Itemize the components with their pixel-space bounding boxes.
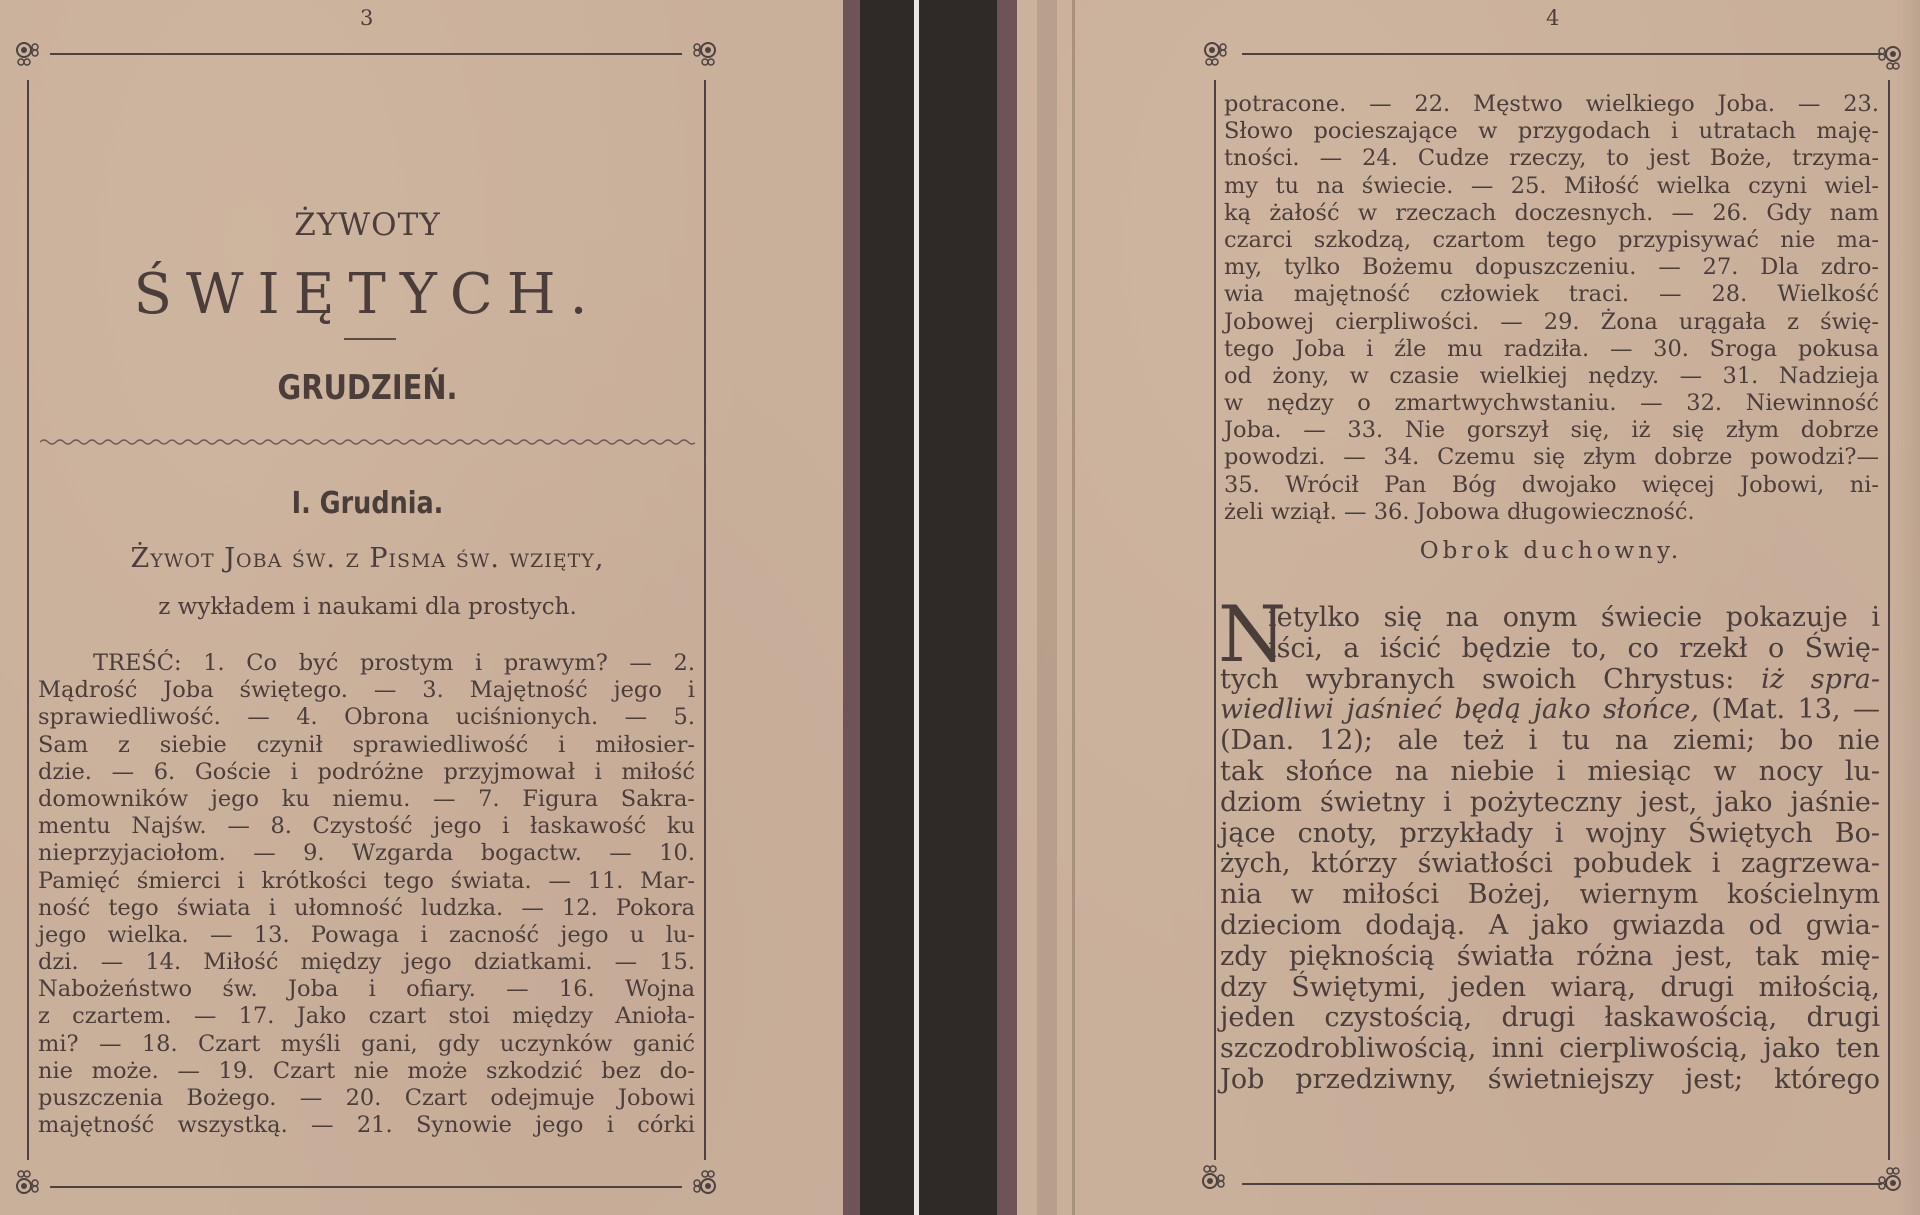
- book-title-small: ŻYWOTY: [0, 207, 735, 243]
- corner-ornament-icon: [1200, 1155, 1230, 1191]
- contents-text-continued: potracone. — 22. Męstwo wielkiego Joba. …: [1224, 91, 1879, 526]
- day-heading: I. Grudnia.: [55, 486, 680, 521]
- corner-ornament-icon: [14, 1160, 44, 1196]
- text-line: ność tego świata i ułomność ludzka. — 12…: [38, 895, 695, 922]
- text-line: potracone. — 22. Męstwo wielkiego Joba. …: [1224, 91, 1879, 118]
- text-line: Sam z siebie czynił sprawiedliwość i mił…: [38, 732, 695, 759]
- month-heading: GRUDZIEŃ.: [55, 368, 680, 408]
- text-line: Jobowej cierpliwości. — 29. Żona urągała…: [1224, 309, 1879, 336]
- text-line: jego wielka. — 13. Powaga i zacność jego…: [38, 922, 695, 949]
- text-line: dzieciom dodają. A jako gwiazda od gwia-: [1220, 911, 1880, 942]
- italic-quote: iż spra-: [1761, 664, 1880, 695]
- text-line: Joba. — 33. Nie gorszył się, iż się złym…: [1224, 417, 1879, 444]
- text-line: domowników jego ku niemu. — 7. Figura Sa…: [38, 786, 695, 813]
- left-page: 3 ŻYWOTY ŚWIĘTYCH. GRUDZIEŃ. I. Grudnia.…: [0, 0, 843, 1215]
- text-line: tności. — 24. Cudze rzeczy, to jest Boże…: [1224, 145, 1879, 172]
- title-rule: [344, 338, 396, 340]
- text-line: my tu na świecie. — 25. Miłość wielka cz…: [1224, 173, 1879, 200]
- text-line: od żony, w czasie wielkiej nędzy. — 31. …: [1224, 363, 1879, 390]
- text-line: żych, którzy światłości pobudek i zagrze…: [1220, 849, 1880, 880]
- page-number: 4: [1546, 6, 1559, 30]
- text-line: nieprzyjaciołom. — 9. Wzgarda bogactw. —…: [38, 840, 695, 867]
- corner-ornament-icon: [688, 1160, 718, 1196]
- text-line: ietylko się na onym świecie pokazuje i: [1220, 603, 1880, 634]
- text-line: powodzi. — 34. Czemu się złym dobrze pow…: [1224, 444, 1879, 471]
- corner-ornament-icon: [1873, 44, 1903, 80]
- text-line: dzi. — 14. Miłość między jego dziatkami.…: [38, 949, 695, 976]
- wavy-divider: [40, 438, 695, 446]
- text-line: jące cnoty, przykłady i wojny Świętych B…: [1220, 819, 1880, 850]
- text-line: puszczenia Bożego. — 20. Czart odejmuje …: [38, 1085, 695, 1112]
- book-gutter: [843, 0, 1017, 1215]
- text-line: nie może. — 19. Czart nie może szkodzić …: [38, 1058, 695, 1085]
- life-title: Żywot Joba św. z Pisma św. wzięty,: [0, 543, 735, 574]
- text-line: Nabożeństwo św. Joba i ofiary. — 16. Woj…: [38, 976, 695, 1003]
- page-number: 3: [360, 6, 373, 30]
- book-title-large: ŚWIĘTYCH.: [0, 262, 735, 327]
- text-line: dzie. — 6. Goście i podróżne przyjmował …: [38, 759, 695, 786]
- text-line: iści, a iścić będzie to, co rzekł o Świę…: [1220, 634, 1880, 665]
- text-line: tak słońce na niebie i miesiąc w nocy lu…: [1220, 757, 1880, 788]
- contents-text: TREŚĆ: 1. Co być prostym i prawym? — 2. …: [38, 650, 695, 1139]
- text-line: wiedliwi jaśnieć będą jako słońce, (Mat.…: [1220, 695, 1880, 726]
- text-line: wia majętność człowiek traci. — 28. Wiel…: [1224, 281, 1879, 308]
- text-line: tych wybranych swoich Chrystus: iż spra-: [1220, 665, 1880, 696]
- text-line: (Dan. 12); ale też i tu na ziemi; bo nie: [1220, 726, 1880, 757]
- scan-split-line: [914, 0, 919, 1215]
- corner-ornament-icon: [1202, 40, 1232, 76]
- text-line: czarci szkodzą, czartom tego przypisywać…: [1224, 227, 1879, 254]
- gutter-edge-left: [843, 0, 860, 1215]
- text-line: tego Joba i źle mu radziła. — 30. Sroga …: [1224, 336, 1879, 363]
- text-line: w nędzy o zmartwychwstaniu. — 32. Niewin…: [1224, 390, 1879, 417]
- text-line: TREŚĆ: 1. Co być prostym i prawym? — 2.: [38, 650, 695, 677]
- gutter-edge-right: [997, 0, 1017, 1215]
- text-line: szczodrobliwością, inni cierpliwością, j…: [1220, 1034, 1880, 1065]
- frame-top-line: [50, 53, 682, 55]
- frame-bottom-line: [1242, 1183, 1882, 1185]
- text-line: dziom świetny i pożyteczny jest, jako ja…: [1220, 788, 1880, 819]
- frame-top-line: [1242, 53, 1882, 55]
- corner-ornament-icon: [14, 40, 44, 76]
- text-line: Job przedziwny, świetniejszy jest; które…: [1220, 1065, 1880, 1096]
- text-line: Mądrość Joba świętego. — 3. Majętność je…: [38, 677, 695, 704]
- section-heading: Obrok duchowny.: [1214, 538, 1888, 564]
- frame-left-line: [1214, 80, 1216, 1160]
- text-line: dzy Świętymi, jeden wiarą, drugi miłości…: [1220, 973, 1880, 1004]
- text-line: Pamięć śmierci i krótkości tego świata. …: [38, 868, 695, 895]
- text-line: majętność wszystką. — 21. Synowie jego i…: [38, 1112, 695, 1139]
- text-line: my, tylko Bożemu dopuszczeniu. — 27. Dla…: [1224, 254, 1879, 281]
- corner-ornament-icon: [1873, 1157, 1903, 1193]
- text-line: z czartem. — 17. Jako czart stoi między …: [38, 1003, 695, 1030]
- text-line: sprawiedliwość. — 4. Obrona uciśnionych.…: [38, 704, 695, 731]
- text-line: żeli wziął. — 36. Jobowa długowieczność.: [1224, 499, 1879, 526]
- text-line: zdy pięknością światła różna jest, tak m…: [1220, 942, 1880, 973]
- text-line: 35. Wrócił Pan Bóg dwojako więcej Jobowi…: [1224, 472, 1879, 499]
- frame-right-line: [1888, 80, 1890, 1160]
- text-line: nia w miłości Bożej, wiernym kościelnym: [1220, 880, 1880, 911]
- text-line: ką żałość w rzeczach doczesnych. — 26. G…: [1224, 200, 1879, 227]
- italic-quote: wiedliwi jaśnieć będą jako słońce,: [1220, 694, 1699, 725]
- text-line: mi? — 18. Czart myśli gani, gdy uczynków…: [38, 1031, 695, 1058]
- corner-ornament-icon: [688, 40, 718, 76]
- life-subtitle: z wykładem i naukami dla prostych.: [0, 594, 735, 620]
- text-line: Słowo pocieszające w przygodach i utrata…: [1224, 118, 1879, 145]
- text-line: jeden czystością, drugi łaskawością, dru…: [1220, 1003, 1880, 1034]
- frame-bottom-line: [50, 1186, 682, 1188]
- page-fold-strips: [1017, 0, 1077, 1215]
- body-text: ietylko się na onym świecie pokazuje i i…: [1220, 603, 1880, 1096]
- text-line: mentu Najśw. — 8. Czystość jego i łaskaw…: [38, 813, 695, 840]
